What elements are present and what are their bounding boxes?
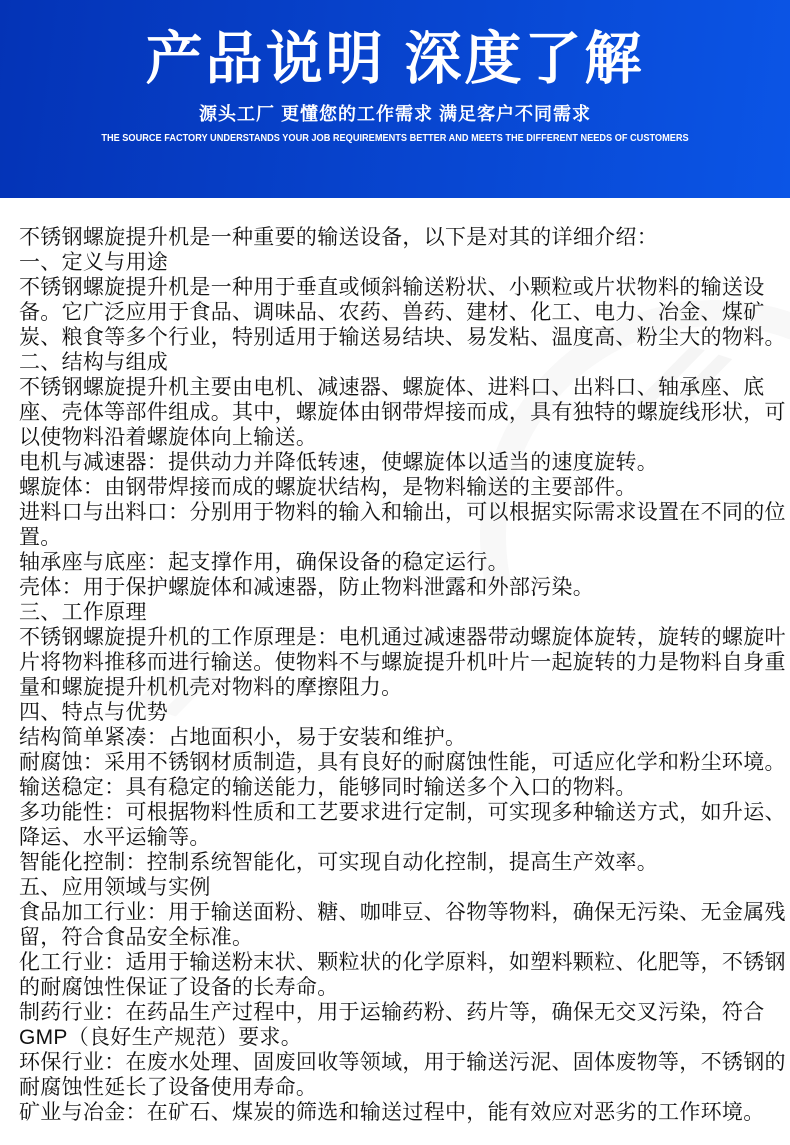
- body-text-line: 不锈钢螺旋提升机主要由电机、减速器、螺旋体、进料口、出料口、轴承座、底: [19, 375, 774, 400]
- body-text-line: 五、应用领域与实例: [19, 875, 774, 900]
- body-text-line: GMP（良好生产规范）要求。: [19, 1025, 774, 1050]
- body-text-line: 座、壳体等部件组成。其中，螺旋体由钢带焊接而成，具有独特的螺旋线形状，可: [19, 400, 774, 425]
- body-text-line: 三、工作原理: [19, 600, 774, 625]
- body-text-line: 矿业与冶金：在矿石、煤炭的筛选和输送过程中，能有效应对恶劣的工作环境。: [19, 1100, 774, 1125]
- body-text-line: 二、结构与组成: [19, 350, 774, 375]
- body-text-line: 制药行业：在药品生产过程中，用于运输药粉、药片等，确保无交叉污染，符合: [19, 1000, 774, 1025]
- body-text-line: 螺旋体：由钢带焊接而成的螺旋状结构，是物料输送的主要部件。: [19, 475, 774, 500]
- banner-title: 产品说明 深度了解: [0, 27, 790, 91]
- body-text-line: 一、定义与用途: [19, 250, 774, 275]
- body-text-line: 环保行业：在废水处理、固废回收等领域，用于输送污泥、固体废物等，不锈钢的: [19, 1050, 774, 1075]
- body-text-line: 多功能性：可根据物料性质和工艺要求进行定制，可实现多种输送方式，如升运、: [19, 800, 774, 825]
- body-text-line: 留，符合食品安全标准。: [19, 925, 774, 950]
- body-text-line: 智能化控制：控制系统智能化，可实现自动化控制，提高生产效率。: [19, 850, 774, 875]
- body-text-line: 降运、水平运输等。: [19, 825, 774, 850]
- body-text-line: 化工行业：适用于输送粉末状、颗粒状的化学原料，如塑料颗粒、化肥等，不锈钢: [19, 950, 774, 975]
- body-text-line: 备。它广泛应用于食品、调味品、农药、兽药、建材、化工、电力、冶金、煤矿: [19, 300, 774, 325]
- body-text-line: 进料口与出料口：分别用于物料的输入和输出，可以根据实际需求设置在不同的位: [19, 500, 774, 525]
- body-text-line: 量和螺旋提升机机壳对物料的摩擦阻力。: [19, 675, 774, 700]
- body-text-line: 结构简单紧凑：占地面积小，易于安装和维护。: [19, 725, 774, 750]
- body-text-line: 的耐腐蚀性保证了设备的长寿命。: [19, 975, 774, 1000]
- body-text-line: 食品加工行业：用于输送面粉、糖、咖啡豆、谷物等物料，确保无污染、无金属残: [19, 900, 774, 925]
- body-text-line: 以使物料沿着螺旋体向上输送。: [19, 425, 774, 450]
- body-text-line: 不锈钢螺旋提升机是一种用于垂直或倾斜输送粉状、小颗粒或片状物料的输送设: [19, 275, 774, 300]
- body-text-line: 置。: [19, 525, 774, 550]
- body-text-line: 不锈钢螺旋提升机是一种重要的输送设备，以下是对其的详细介绍：: [19, 225, 774, 250]
- body-text-line: 输送稳定：具有稳定的输送能力，能够同时输送多个入口的物料。: [19, 775, 774, 800]
- body-text-line: 轴承座与底座：起支撑作用，确保设备的稳定运行。: [19, 550, 774, 575]
- body-text-line: 耐腐蚀性延长了设备使用寿命。: [19, 1075, 774, 1100]
- body-text-line: 片将物料推移而进行输送。使物料不与螺旋提升机叶片一起旋转的力是物料自身重: [19, 650, 774, 675]
- body-text-line: 不锈钢螺旋提升机的工作原理是：电机通过减速器带动螺旋体旋转，旋转的螺旋叶: [19, 625, 774, 650]
- product-description-page: 产品说明 深度了解 源头工厂 更懂您的工作需求 满足客户不同需求 THE SOU…: [0, 0, 790, 1145]
- body-text-line: 电机与减速器：提供动力并降低转速，使螺旋体以适当的速度旋转。: [19, 450, 774, 475]
- body-text-line: 耐腐蚀：采用不锈钢材质制造，具有良好的耐腐蚀性能，可适应化学和粉尘环境。: [19, 750, 774, 775]
- banner-subtitle-en: THE SOURCE FACTORY UNDERSTANDS YOUR JOB …: [32, 132, 759, 145]
- body-text-line: 壳体：用于保护螺旋体和减速器，防止物料泄露和外部污染。: [19, 575, 774, 600]
- body-text-line: 四、特点与优势: [19, 700, 774, 725]
- banner: 产品说明 深度了解 源头工厂 更懂您的工作需求 满足客户不同需求 THE SOU…: [0, 0, 790, 198]
- body-text-line: 炭、粮食等多个行业，特别适用于输送易结块、易发粘、温度高、粉尘大的物料。: [19, 325, 774, 350]
- banner-subtitle: 源头工厂 更懂您的工作需求 满足客户不同需求: [0, 103, 790, 125]
- product-description-text: 不锈钢螺旋提升机是一种重要的输送设备，以下是对其的详细介绍：一、定义与用途不锈钢…: [0, 198, 790, 1125]
